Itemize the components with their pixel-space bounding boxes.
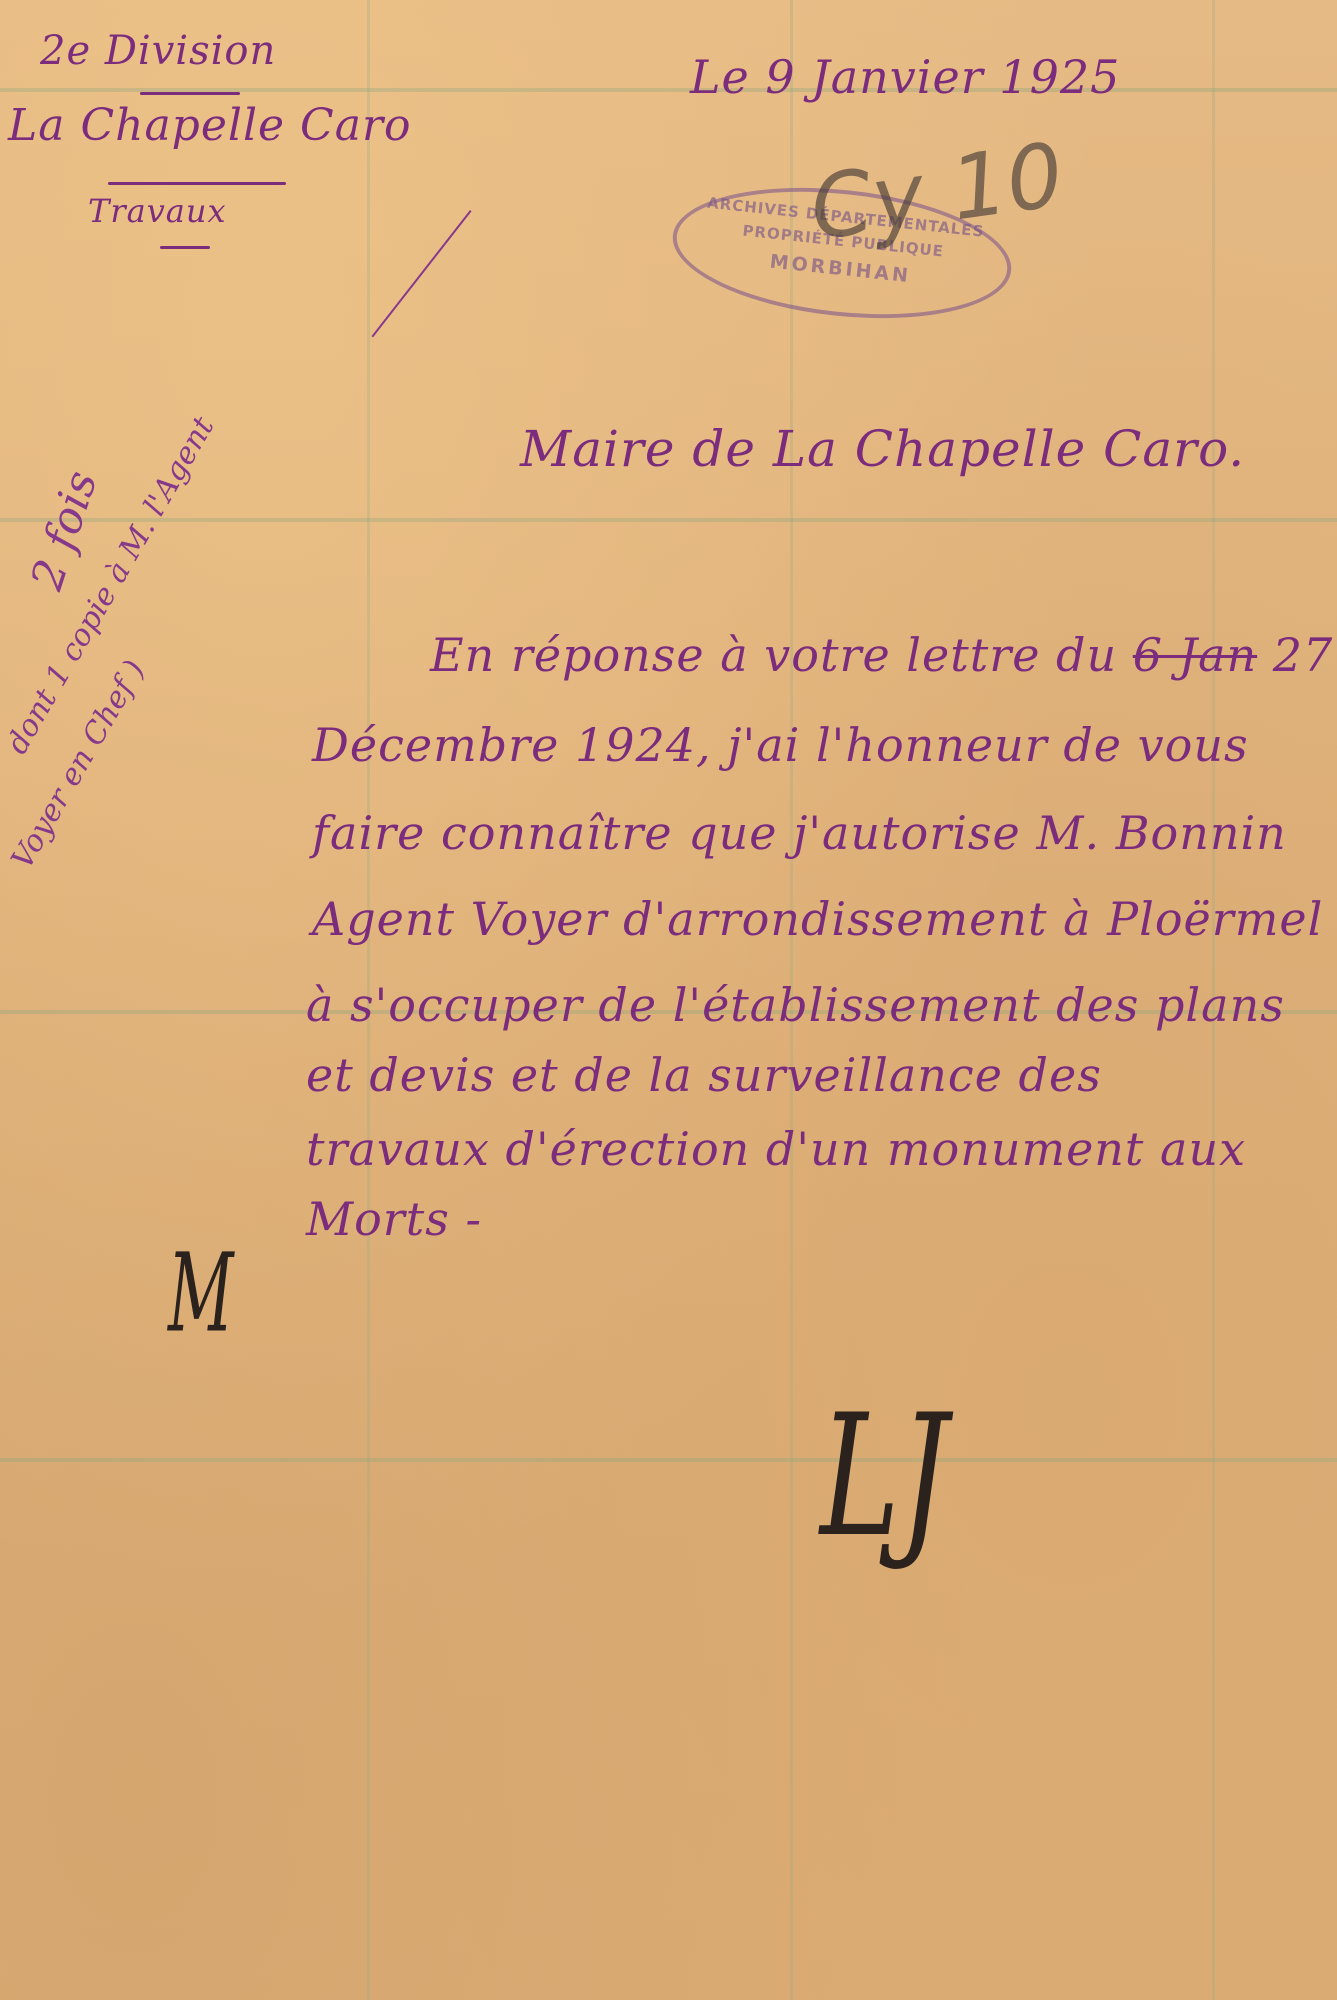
- body-line-6: et devis et de la surveillance des: [306, 1048, 1102, 1102]
- pencil-initials-center: LJ: [820, 1380, 948, 1575]
- body-line-1: En réponse à votre lettre du 6 Jan 27: [430, 628, 1333, 682]
- pencil-annotation-top: Cy 10: [804, 123, 1069, 260]
- grid-line-horizontal: [0, 518, 1337, 522]
- body-line-4: Agent Voyer d'arrondissement à Ploërmel: [312, 892, 1323, 946]
- body-line-1-before: En réponse à votre lettre du: [430, 628, 1133, 682]
- header-service: Travaux: [88, 192, 227, 230]
- letter-date: Le 9 Janvier 1925: [690, 50, 1120, 104]
- addressee: Maire de La Chapelle Caro.: [520, 420, 1245, 478]
- grid-line-horizontal: [0, 1458, 1337, 1462]
- pencil-initials-left: M: [168, 1232, 234, 1358]
- body-line-3: faire connaître que j'autorise M. Bonnin: [312, 806, 1287, 860]
- header-commune: La Chapelle Caro: [8, 100, 411, 151]
- margin-note-recipient: Voyer en Chef ): [5, 654, 153, 875]
- body-line-1-after: 27: [1257, 628, 1333, 682]
- header-service-underline: [160, 246, 210, 249]
- body-line-8: Morts -: [306, 1192, 482, 1246]
- letter-page: 2e Division La Chapelle Caro Travaux Le …: [0, 0, 1337, 2000]
- body-line-1-struck: 6 Jan: [1133, 628, 1257, 682]
- body-line-7: travaux d'érection d'un monument aux: [306, 1122, 1246, 1176]
- body-line-2: Décembre 1924, j'ai l'honneur de vous: [312, 718, 1249, 772]
- header-division: 2e Division: [40, 28, 276, 74]
- margin-diagonal-stroke: [371, 210, 471, 337]
- header-division-underline: [140, 92, 240, 95]
- body-line-5: à s'occuper de l'établissement des plans: [306, 978, 1285, 1032]
- header-commune-underline: [108, 182, 286, 185]
